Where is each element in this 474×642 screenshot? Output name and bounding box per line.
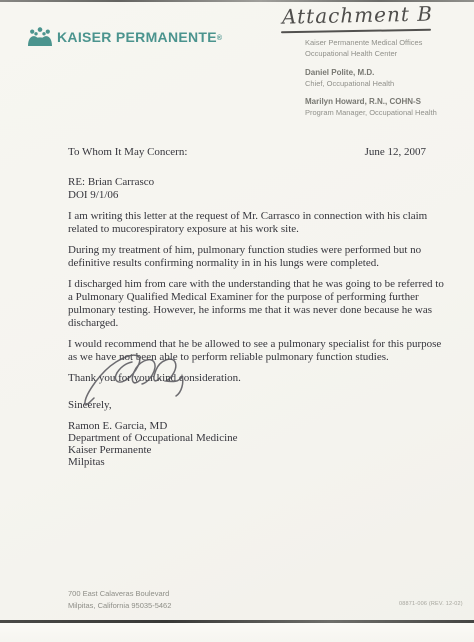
handwritten-attachment-label: Attachment B (282, 1, 442, 28)
letterhead-contact-block: Kaiser Permanente Medical Offices Occupa… (305, 37, 470, 125)
salutation-row: To Whom It May Concern: June 12, 2007 (68, 146, 450, 159)
scanned-letter-page: Attachment B KAISER PERMANENTE® Kaiser P… (0, 0, 474, 642)
re-line: RE: Brian Carrasco (68, 176, 450, 189)
address-line-2: Milpitas, California 95035-5462 (68, 600, 171, 612)
contact1-title: Chief, Occupational Health (305, 78, 470, 89)
contact2-title: Program Manager, Occupational Health (305, 107, 470, 118)
office-line-1: Kaiser Permanente Medical Offices (305, 37, 470, 48)
letter-date: June 12, 2007 (365, 146, 450, 159)
paragraph-4: I would recommend that he be allowed to … (68, 338, 450, 364)
paragraph-5: Thank you for your kind consideration. (68, 372, 450, 385)
signature-department: Department of Occupational Medicine (68, 432, 450, 444)
logo-wordmark-text: KAISER PERMANENTE (57, 29, 217, 45)
office-line-2: Occupational Health Center (305, 48, 470, 59)
registered-mark: ® (217, 35, 222, 42)
paragraph-1: I am writing this letter at the request … (68, 210, 450, 236)
people-group-icon (28, 27, 52, 46)
paragraph-3: I discharged him from care with the unde… (68, 278, 450, 330)
footer-address: 700 East Calaveras Boulevard Milpitas, C… (68, 588, 171, 612)
contact2-name: Marilyn Howard, R.N., COHN-S (305, 96, 470, 107)
salutation: To Whom It May Concern: (68, 146, 187, 159)
signature-organization: Kaiser Permanente (68, 444, 450, 456)
paragraph-2: During my treatment of him, pulmonary fu… (68, 244, 450, 270)
form-number: 08871-006 (REV. 12-02) (399, 601, 463, 607)
letter-body: To Whom It May Concern: June 12, 2007 RE… (68, 146, 450, 468)
handwritten-underline (281, 29, 431, 34)
logo-wordmark: KAISER PERMANENTE® (57, 29, 222, 45)
signature-name: Ramon E. Garcia, MD (68, 420, 450, 432)
contact1-name: Daniel Polite, M.D. (305, 67, 470, 78)
closing: Sincerely, (68, 399, 450, 412)
doi-line: DOI 9/1/06 (68, 189, 450, 202)
signature-city: Milpitas (68, 456, 450, 468)
kaiser-permanente-logo: KAISER PERMANENTE® (28, 27, 222, 46)
address-line-1: 700 East Calaveras Boulevard (68, 588, 171, 600)
scan-bottom-strip (0, 623, 474, 642)
letterhead-office: Kaiser Permanente Medical Offices Occupa… (305, 37, 470, 59)
re-block: RE: Brian Carrasco DOI 9/1/06 (68, 176, 450, 202)
